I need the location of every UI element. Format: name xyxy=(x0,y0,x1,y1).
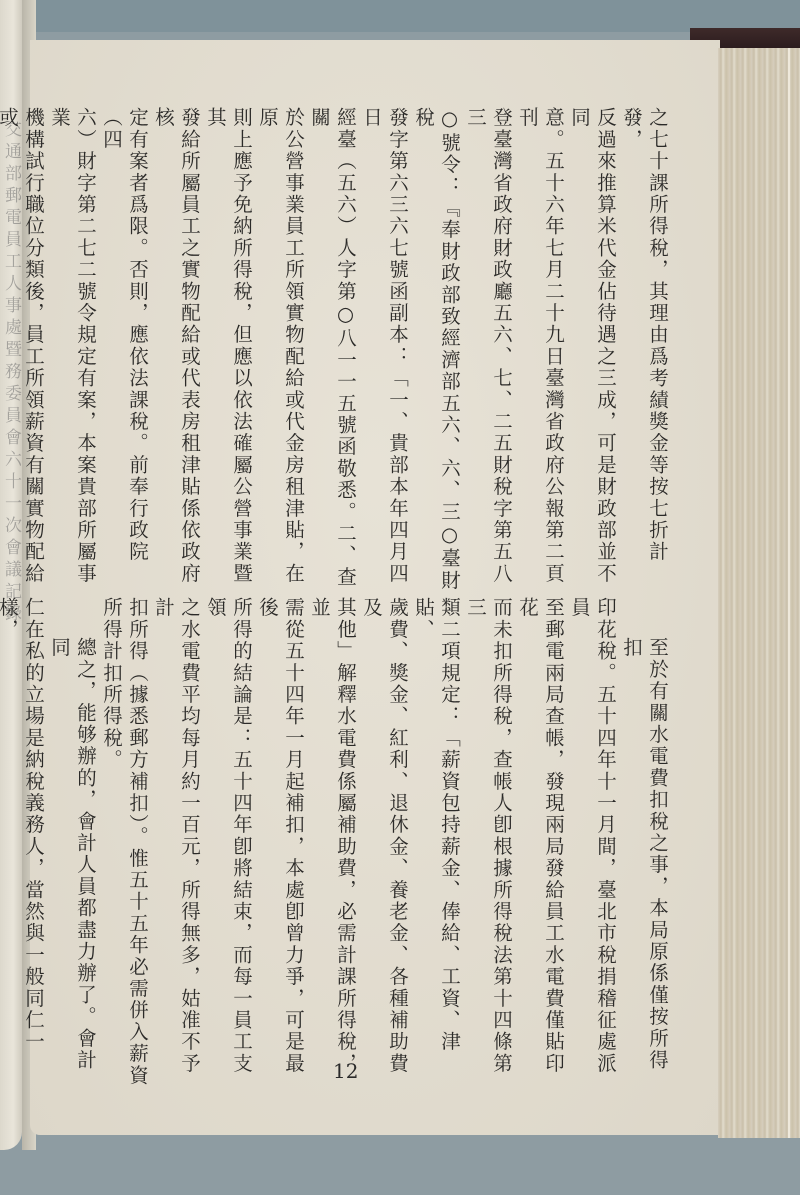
text-column: 總之，能够辦的，會計人員都盡力辦了。會計同 xyxy=(46,597,98,1087)
text-column: 類二項規定：「薪資包持薪金、俸給、工資、津貼、 xyxy=(410,597,462,1087)
text-column: 定有案者爲限。否則，應依法課稅。前奉行政院（四 xyxy=(98,107,150,597)
text-column: 至於有關水電費扣稅之事，本局原係僅按所得扣 xyxy=(618,597,670,1087)
text-column: 之七十課所得稅，其理由爲考績獎金等按七折計發， xyxy=(618,107,670,597)
text-column: 所得的結論是：五十四年卽將結束，而每一員工支領 xyxy=(202,597,254,1087)
lower-text-section: 至於有關水電費扣稅之事，本局原係僅按所得扣印花稅。五十四年十一月間，臺北市稅捐稽… xyxy=(40,597,670,1087)
text-column: 而未扣所得稅，查帳人卽根據所得稅法第十四條第三 xyxy=(462,597,514,1087)
page-number: 12 xyxy=(333,1059,358,1083)
text-column: 六）財字第二七二號令規定有案，本案貴部所屬事業 xyxy=(46,107,98,597)
text-column: 經臺（五六）人字第○八一一五號函敬悉。二、查關 xyxy=(306,107,358,597)
text-column: 發字第六三六七號函副本：「一、貴部本年四月四日 xyxy=(358,107,410,597)
text-column: 其他」解釋水電費係屬補助費，必需計課所得稅，並 xyxy=(306,597,358,1087)
text-column: 至郵電兩局查帳，發現兩局發給員工水電費僅貼印花 xyxy=(514,597,566,1087)
text-column: 歲費、獎金、紅利、退休金、養老金、各種補助費及 xyxy=(358,597,410,1087)
text-column: 發給所屬員工之實物配給或代表房租津貼係依政府核 xyxy=(150,107,202,597)
text-column: 扣所得（據悉郵方補扣）。惟五十五年必需併入薪資 xyxy=(124,597,150,1087)
text-column: 於公營事業員工所領實物配給或代金房租津貼，在原 xyxy=(254,107,306,597)
text-column: 仁在私的立場是納稅義務人，當然與一般同仁一樣， xyxy=(0,597,46,1087)
text-column: 機構試行職位分類後，員工所領薪資有關實物配給或 xyxy=(0,107,46,597)
text-column: 之水電費平均每月約一百元，所得無多，姑准不予計 xyxy=(150,597,202,1087)
text-column: 反過來推算米代金佔待遇之三成，可是財政部並不同 xyxy=(566,107,618,597)
text-column: 需從五十四年一月起補扣，本處卽曾力爭，可是最後 xyxy=(254,597,306,1087)
text-column: 登臺灣省政府財政廳五六、七、二五財稅字第五八三 xyxy=(462,107,514,597)
scan-background xyxy=(0,0,800,32)
text-column: 印花稅。五十四年十一月間，臺北市稅捐稽征處派員 xyxy=(566,597,618,1087)
page-stack-edges xyxy=(718,48,800,1138)
text-column: 意。五十六年七月二十九日臺灣省政府公報第二頁刊 xyxy=(514,107,566,597)
text-column: 則上應予免納所得稅，但應以依法確屬公營事業暨其 xyxy=(202,107,254,597)
text-column: 所得計扣所得稅。 xyxy=(98,597,124,1087)
upper-text-section: 之七十課所得稅，其理由爲考績獎金等按七折計發，反過來推算米代金佔待遇之三成，可是… xyxy=(40,107,670,597)
text-column: ○號令：『奉財政部致經濟部五六、六、三○臺財稅 xyxy=(410,107,462,597)
